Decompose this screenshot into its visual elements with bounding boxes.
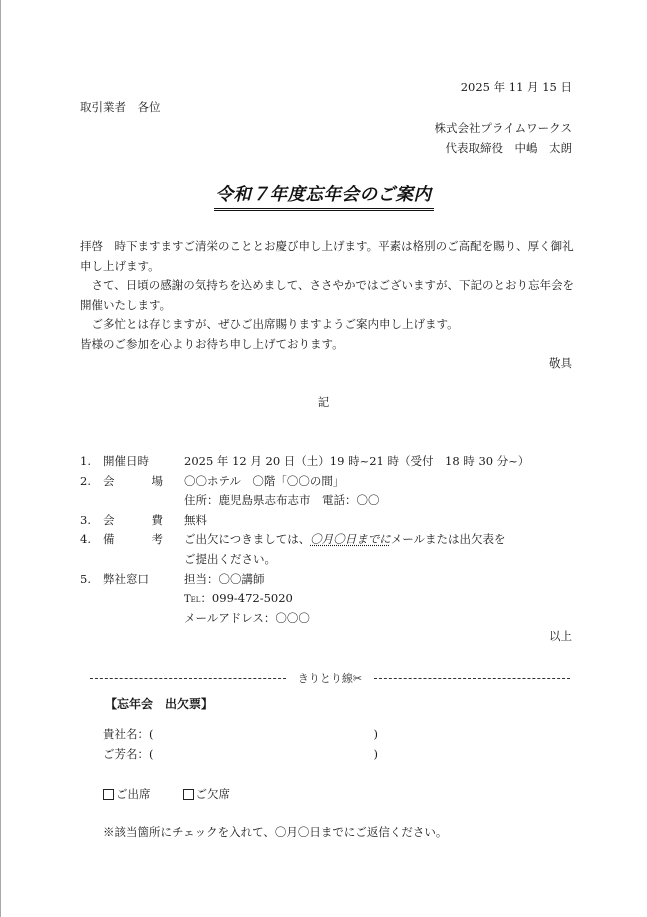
end-ijou: 以上 <box>549 628 572 644</box>
body-paragraph: 皆様のご参加を心よりお待ち申し上げております。 <box>80 335 575 355</box>
body-paragraph: さて、日頃の感謝の気持ちを込めまして、ささやかではございますが、下記のとおり忘年… <box>80 276 575 315</box>
item-number: 1. <box>80 452 100 472</box>
item-label: 会場 <box>103 472 163 492</box>
details-item-datetime: 1. 開催日時 2025 年 12 月 20 日（土）19 時~21 時（受付 … <box>80 452 580 472</box>
item-value: 住所：鹿児島県志布志市 電話：〇〇 <box>184 491 380 511</box>
item-number: 3. <box>80 511 100 531</box>
item-number: 4. <box>80 530 100 550</box>
attend-checkbox[interactable]: ご出席 <box>103 786 151 802</box>
reply-form-title: 【忘年会 出欠票】 <box>105 696 213 712</box>
item-value: Tel：099-472-5020 <box>184 589 293 610</box>
details-item-contact: 5. 弊社窓口 担当：〇〇講師 <box>80 570 580 590</box>
details-item-contact-tel: Tel：099-472-5020 <box>80 589 580 609</box>
body-paragraph: 拝啓 時下ますますご清栄のこととお慶び申し上げます。平素は格別のご高配を賜り、厚… <box>80 237 575 276</box>
details-item-notes-cont: ご提出ください。 <box>80 550 580 570</box>
item-value: 〇〇ホテル 〇階「〇〇の間」 <box>184 472 344 492</box>
attendee-name-close-paren: ) <box>374 746 379 762</box>
cut-line-dashes-left <box>90 678 286 679</box>
letter-body: 拝啓 時下ますますご清栄のこととお慶び申し上げます。平素は格別のご高配を賜り、厚… <box>80 237 575 355</box>
checkbox-icon[interactable] <box>183 789 194 800</box>
details-item-fee: 3. 会費 無料 <box>80 511 580 531</box>
details-item-contact-email: メールアドレス：〇〇〇 <box>80 609 580 629</box>
company-name-close-paren: ) <box>374 726 379 742</box>
document-date: 2025 年 11 月 15 日 <box>461 79 572 95</box>
item-label: 備考 <box>103 530 163 550</box>
item-label: 弊社窓口 <box>103 570 163 590</box>
details-item-venue-address: 住所：鹿児島県志布志市 電話：〇〇 <box>80 491 580 511</box>
company-name-label: 貴社名：( <box>103 726 154 742</box>
checkbox-icon[interactable] <box>103 789 114 800</box>
cut-line: きりとり線✂ <box>90 670 570 686</box>
attendee-name-field[interactable]: ご芳名：( ) <box>103 746 378 762</box>
cut-line-dashes-right <box>374 678 570 679</box>
item-number: 5. <box>80 570 100 590</box>
recipient: 取引業者 各位 <box>80 99 161 115</box>
absent-checkbox[interactable]: ご欠席 <box>183 786 231 802</box>
absent-label: ご欠席 <box>196 786 231 802</box>
attendee-name-label: ご芳名：( <box>103 746 154 762</box>
item-value: ご出欠につきましては、〇月〇日までにメールまたは出欠表を <box>184 530 506 550</box>
details-item-notes: 4. 備考 ご出欠につきましては、〇月〇日までにメールまたは出欠表を <box>80 530 580 550</box>
item-value: 2025 年 12 月 20 日（土）19 時~21 時（受付 18 時 30 … <box>184 452 529 472</box>
sender-person: 代表取締役 中嶋 太朗 <box>446 140 573 156</box>
sender-company: 株式会社プライムワークス <box>434 120 572 136</box>
details-item-venue: 2. 会場 〇〇ホテル 〇階「〇〇の間」 <box>80 472 580 492</box>
item-number: 2. <box>80 472 100 492</box>
document-title: 令和７年度忘年会のご案内 <box>214 184 434 211</box>
item-label: 開催日時 <box>103 452 163 472</box>
item-label: 会費 <box>103 511 163 531</box>
item-value: メールアドレス：〇〇〇 <box>184 609 310 629</box>
company-name-field[interactable]: 貴社名：( ) <box>103 726 378 742</box>
item-value: ご提出ください。 <box>184 550 276 570</box>
body-paragraph: ご多忙とは存じますが、ぜひご出席賜りますようご案内申し上げます。 <box>80 315 575 335</box>
attend-label: ご出席 <box>116 786 151 802</box>
title-container: 令和７年度忘年会のご案内 <box>0 184 647 211</box>
tel-label: Tel <box>184 594 200 605</box>
page-left-border <box>0 0 1 917</box>
attendance-options: ご出席 ご欠席 <box>103 786 230 802</box>
closing-keigu: 敬具 <box>549 355 572 371</box>
item-value: 無料 <box>184 511 207 531</box>
reply-note: ※該当箇所にチェックを入れて、〇月〇日までにご返信ください。 <box>103 824 447 840</box>
item-value: 担当：〇〇講師 <box>184 570 265 590</box>
details-list: 1. 開催日時 2025 年 12 月 20 日（土）19 時~21 時（受付 … <box>80 452 580 628</box>
cut-line-label: きりとり線✂ <box>286 670 374 686</box>
ki-heading: 記 <box>0 394 647 410</box>
deadline-emphasis: 〇月〇日までに <box>310 532 391 546</box>
